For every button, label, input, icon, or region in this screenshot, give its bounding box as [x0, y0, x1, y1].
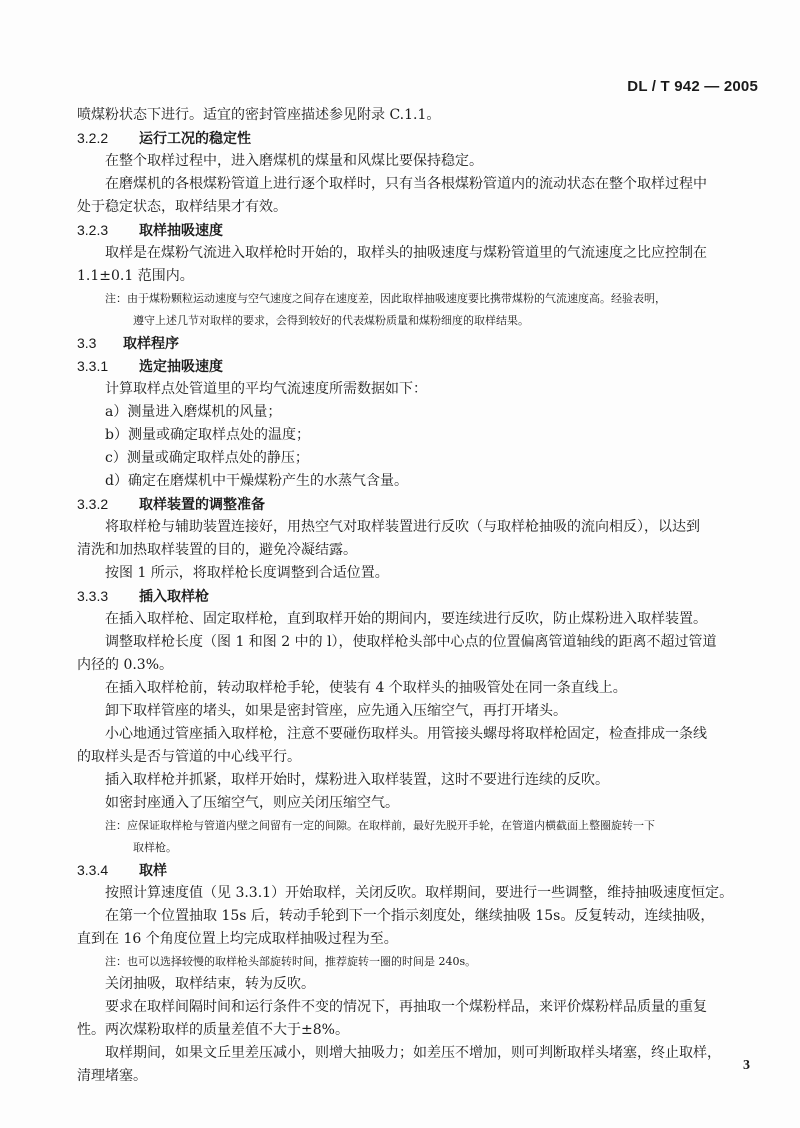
- section-heading-3-3: 3.3取样程序: [77, 332, 759, 355]
- paragraph: 插入取样枪并抓紧，取样开始时，煤粉进入取样装置，这时不要进行连续的反吹。: [77, 769, 759, 792]
- section-title: 取样程序: [123, 335, 179, 351]
- paragraph: 调整取样枪长度（图 1 和图 2 中的 l），使取样枪头部中心点的位置偏离管道轴…: [77, 631, 759, 654]
- paragraph: 按照计算速度值（见 3.3.1）开始取样，关闭反吹。取样期间，要进行一些调整，维…: [77, 882, 759, 905]
- paragraph-continuation: 1.1±0.1 范围内。: [77, 265, 759, 288]
- paragraph-continuation: 喷煤粉状态下进行。适宜的密封管座描述参见附录 C.1.1。: [77, 104, 759, 127]
- note: 注：应保证取样枪与管道内壁之间留有一定的间隙。在取样前，最好先脱开手轮，在管道内…: [77, 815, 759, 837]
- section-number: 3.3: [77, 332, 123, 355]
- paragraph: 如密封座通入了压缩空气，则应关闭压缩空气。: [77, 792, 759, 815]
- section-heading-3-3-3: 3.3.3插入取样枪: [77, 585, 759, 608]
- paragraph: 取样期间，如果文丘里差压减小，则增大抽吸力；如差压不增加，则可判断取样头堵塞，终…: [77, 1042, 759, 1065]
- document-page: DL / T 942 — 2005 喷煤粉状态下进行。适宜的密封管座描述参见附录…: [0, 0, 800, 1128]
- section-title: 插入取样枪: [139, 588, 209, 604]
- paragraph-continuation: 内径的 0.3%。: [77, 654, 759, 677]
- standard-code-header: DL / T 942 — 2005: [627, 78, 758, 95]
- paragraph: 卸下取样管座的堵头，如果是密封管座，应先通入压缩空气，再打开堵头。: [77, 700, 759, 723]
- paragraph-continuation: 直到在 16 个角度位置上均完成取样抽吸过程为至。: [77, 928, 759, 951]
- list-item-b: b）测量或确定取样点处的温度；: [77, 424, 759, 447]
- paragraph: 关闭抽吸，取样结束，转为反吹。: [77, 973, 759, 996]
- note: 注：由于煤粉颗粒运动速度与空气速度之间存在速度差，因此取样抽吸速度要比携带煤粉的…: [77, 288, 759, 310]
- section-number: 3.2.2: [77, 127, 139, 150]
- paragraph: 小心地通过管座插入取样枪，注意不要碰伤取样头。用管接头螺母将取样枪固定，检查排成…: [77, 723, 759, 746]
- list-item-d: d）确定在磨煤机中干燥煤粉产生的水蒸气含量。: [77, 470, 759, 493]
- paragraph-continuation: 处于稳定状态，取样结果才有效。: [77, 196, 759, 219]
- paragraph: 要求在取样间隔时间和运行条件不变的情况下，再抽取一个煤粉样品，来评价煤粉样品质量…: [77, 996, 759, 1019]
- section-title: 取样抽吸速度: [139, 222, 223, 238]
- paragraph: 在磨煤机的各根煤粉管道上进行逐个取样时，只有当各根煤粉管道内的流动状态在整个取样…: [77, 173, 759, 196]
- paragraph: 按图 1 所示，将取样枪长度调整到合适位置。: [77, 562, 759, 585]
- section-heading-3-3-2: 3.3.2取样装置的调整准备: [77, 493, 759, 516]
- section-heading-3-2-2: 3.2.2运行工况的稳定性: [77, 127, 759, 150]
- section-number: 3.3.1: [77, 355, 139, 378]
- section-heading-3-3-4: 3.3.4取样: [77, 859, 759, 882]
- document-body: 喷煤粉状态下进行。适宜的密封管座描述参见附录 C.1.1。 3.2.2运行工况的…: [77, 104, 759, 1088]
- section-title: 选定抽吸速度: [139, 358, 223, 374]
- note: 注：也可以选择较慢的取样枪头部旋转时间，推荐旋转一圈的时间是 240s。: [77, 951, 759, 973]
- section-title: 取样: [139, 862, 167, 878]
- list-item-c: c）测量或确定取样点处的静压；: [77, 447, 759, 470]
- section-number: 3.3.4: [77, 859, 139, 882]
- paragraph-continuation: 清洗和加热取样装置的目的，避免冷凝结露。: [77, 539, 759, 562]
- section-number: 3.3.3: [77, 585, 139, 608]
- section-heading-3-3-1: 3.3.1选定抽吸速度: [77, 355, 759, 378]
- paragraph-continuation: 的取样头是否与管道的中心线平行。: [77, 746, 759, 769]
- page-number: 3: [743, 1058, 750, 1074]
- paragraph-continuation: 清理堵塞。: [77, 1065, 759, 1088]
- paragraph: 在整个取样过程中，进入磨煤机的煤量和风煤比要保持稳定。: [77, 150, 759, 173]
- paragraph: 计算取样点处管道里的平均气流速度所需数据如下：: [77, 378, 759, 401]
- paragraph-continuation: 性。两次煤粉取样的质量差值不大于±8%。: [77, 1019, 759, 1042]
- section-heading-3-2-3: 3.2.3取样抽吸速度: [77, 219, 759, 242]
- section-title: 取样装置的调整准备: [139, 496, 265, 512]
- paragraph: 将取样枪与辅助装置连接好，用热空气对取样装置进行反吹（与取样枪抽吸的流向相反），…: [77, 516, 759, 539]
- paragraph: 取样是在煤粉气流进入取样枪时开始的，取样头的抽吸速度与煤粉管道里的气流速度之比应…: [77, 242, 759, 265]
- note-continuation: 取样枪。: [77, 837, 759, 859]
- section-number: 3.2.3: [77, 219, 139, 242]
- paragraph: 在第一个位置抽取 15s 后，转动手轮到下一个指示刻度处，继续抽吸 15s。反复…: [77, 905, 759, 928]
- paragraph: 在插入取样枪前，转动取样枪手轮，使装有 4 个取样头的抽吸管处在同一条直线上。: [77, 677, 759, 700]
- note-continuation: 遵守上述几节对取样的要求，会得到较好的代表煤粉质量和煤粉细度的取样结果。: [77, 310, 759, 332]
- list-item-a: a）测量进入磨煤机的风量；: [77, 401, 759, 424]
- paragraph: 在插入取样枪、固定取样枪，直到取样开始的期间内，要连续进行反吹，防止煤粉进入取样…: [77, 608, 759, 631]
- section-number: 3.3.2: [77, 493, 139, 516]
- section-title: 运行工况的稳定性: [139, 130, 251, 146]
